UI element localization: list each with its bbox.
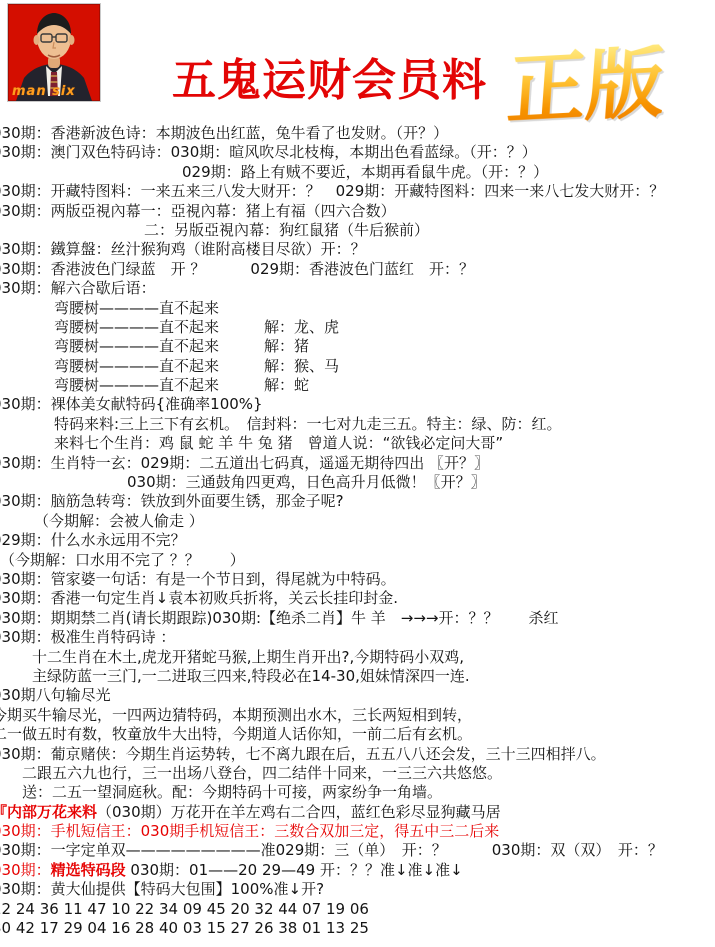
text-segment: 030期：解六合歇后语： — [0, 279, 156, 297]
text-segment: 030期：两版亞視內幕一：亞視內幕：猪上有福（四六合数） — [0, 202, 396, 220]
text-line: 029期：路上有贼不要近，本期再看鼠牛虎。（开：？） — [0, 163, 715, 182]
text-line: 030期：管家婆一句话：有是一个节日到，得尾就为中特码。 — [0, 570, 715, 589]
text-line: 二跟五六九也行，三一出场八登台，四二结伴十同来，一三三六共悠悠。 — [0, 764, 715, 783]
text-segment: （030期）万花开在羊左鸡右二合四，蓝红色彩尽显狗藏马居 — [97, 803, 501, 821]
text-line: 弯腰树————直不起来 解：猴、马 — [0, 357, 715, 376]
text-line: 二：另版亞視內幕：狗红鼠猪（牛后猴前） — [0, 221, 715, 240]
text-line: 十二生肖在木土,虎龙开猪蛇马猴,上期生肖开出?,今期特码小双鸡, — [0, 648, 715, 667]
text-segment: 弯腰树————直不起来 解：猴、马 — [54, 357, 339, 375]
text-segment: 弯腰树————直不起来 解：猪 — [54, 337, 309, 355]
text-segment: 029期：什么水永远用不完？ — [0, 531, 186, 549]
text-line: 030期：期期禁二肖(请长期跟踪)030期:【绝杀二肖】牛 羊 →→→开：？？ … — [0, 609, 715, 628]
text-line: 弯腰树————直不起来 解：蛇 — [0, 376, 715, 395]
text-segment: 030期：极准生肖特码诗 ： — [0, 628, 175, 646]
text-segment: 030期： — [0, 861, 51, 879]
text-line: 030期：手机短信王：030期手机短信王：三数合双加三定，得五中三二后来 — [0, 822, 715, 841]
text-line: 来料七个生肖：鸡 鼠 蛇 羊 牛 兔 猪 曾道人说：“欲钱必定问大哥” — [0, 434, 715, 453]
text-line: 『内部万花来料（030期）万花开在羊左鸡右二合四，蓝红色彩尽显狗藏马居 — [0, 803, 715, 822]
text-segment: 030期：澳门双色特码诗：030期：暄风吹尽北枝梅，本期出色看蓝绿。（开：？） — [0, 143, 537, 161]
text-line: （今期解：会被人偷走 ） — [0, 512, 715, 531]
text-line: 030期：三通鼓角四更鸡，日色高升月低微！〖开？〗 — [0, 473, 715, 492]
text-line: 今期买牛输尽光，一四两边猜特码，本期预测出水木，三长两短相到转， — [0, 706, 715, 725]
text-segment: 030期：管家婆一句话：有是一个节日到，得尾就为中特码。 — [0, 570, 396, 588]
authentic-stamp: 正版 — [505, 44, 667, 130]
text-line: 030期：黄大仙提供【特码大包围】100%准↓开? — [0, 880, 715, 899]
text-line: 030期：葡京赌侠：今期生肖运势转，七不离九跟在后，五五八八还会发，三十三四相拌… — [0, 745, 715, 764]
text-line: 30 42 17 29 04 16 28 40 03 15 27 26 38 0… — [0, 919, 715, 938]
content: 030期：香港新波色诗：本期波色出红蓝，兔牛看了也发财。（开？）030期：澳门双… — [0, 124, 715, 938]
text-line: 030期：两版亞視內幕一：亞視內幕：猪上有福（四六合数） — [0, 202, 715, 221]
text-segment: 030期八句输尽光 — [0, 686, 111, 704]
text-segment: 030期：一字定单双—————————准029期：三（单） 开：？ 030期：双… — [0, 841, 663, 859]
text-line: 030期：裸体美女献特码{准确率100%} — [0, 395, 715, 414]
text-segment: 030期：期期禁二肖(请长期跟踪)030期:【绝杀二肖】牛 羊 →→→开：？？ … — [0, 609, 559, 627]
text-line: 030期：解六合歇后语： — [0, 279, 715, 298]
text-line: 030期：脑筋急转弯：铁放到外面要生锈，那金子呢? — [0, 492, 715, 511]
text-line: 030期：精选特码段 030期：01——20 29—49 开：？？准↓准↓准↓ — [0, 861, 715, 880]
text-segment: 030期：三通鼓角四更鸡，日色高升月低微！〖开？〗 — [127, 473, 486, 491]
text-segment: 12 24 36 11 47 10 22 34 09 45 20 32 44 0… — [0, 900, 369, 918]
text-line: 二一做五时有数，牧童放牛大出特，今期道人话你知，一前二后有玄机。 — [0, 725, 715, 744]
text-segment: 主绿防蓝一三门,一二进取三四来,特段必在14-30,姐妹情深四一连. — [32, 667, 470, 685]
text-line: 030期：生肖特一玄：029期：二五道出七码真，遥遥无期待四出 〖开？〗 — [0, 454, 715, 473]
text-segment: 二：另版亞視內幕：狗红鼠猪（牛后猴前） — [144, 221, 429, 239]
text-segment: 『内部万花来料 — [0, 803, 97, 821]
text-line: 030期：一字定单双—————————准029期：三（单） 开：？ 030期：双… — [0, 841, 715, 860]
text-segment: 弯腰树————直不起来 解：蛇 — [54, 376, 309, 394]
text-line: 12 24 36 11 47 10 22 34 09 45 20 32 44 0… — [0, 900, 715, 919]
text-segment: 今期买牛输尽光，一四两边猜特码，本期预测出水木，三长两短相到转， — [0, 706, 472, 724]
text-segment: 030期：脑筋急转弯：铁放到外面要生锈，那金子呢? — [0, 492, 344, 510]
text-segment: 030期：香港波色门绿蓝 开 ？ 029期：香港波色门蓝红 开：？ — [0, 260, 474, 278]
text-segment: （今期解：口水用不完了 ？？ ） — [0, 551, 245, 569]
text-segment: 029期：路上有贼不要近，本期再看鼠牛虎。（开：？） — [182, 163, 548, 181]
text-segment: （今期解：会被人偷走 ） — [34, 512, 204, 530]
text-line: 030期：香港波色门绿蓝 开 ？ 029期：香港波色门蓝红 开：？ — [0, 260, 715, 279]
tip-sheet-page: man six 五鬼运财会员料 正版 030期：香港新波色诗：本期波色出红蓝，兔… — [0, 0, 715, 947]
page-title: 五鬼运财会员料 — [172, 44, 532, 108]
text-segment: 030期：01——20 29—49 开：？？准↓准↓准↓ — [126, 861, 463, 879]
text-segment: 二一做五时有数，牧童放牛大出特，今期道人话你知，一前二后有玄机。 — [0, 725, 472, 743]
text-line: 弯腰树————直不起来 解：猪 — [0, 337, 715, 356]
text-segment: 030期：香港新波色诗：本期波色出红蓝，兔牛看了也发财。（开？） — [0, 124, 448, 142]
text-segment: 来料七个生肖：鸡 鼠 蛇 羊 牛 兔 猪 曾道人说：“欲钱必定问大哥” — [54, 434, 503, 452]
text-segment: 精选特码段 — [51, 861, 126, 879]
text-segment: 030期：裸体美女献特码{准确率100%} — [0, 395, 263, 413]
text-line: 主绿防蓝一三门,一二进取三四来,特段必在14-30,姐妹情深四一连. — [0, 667, 715, 686]
text-line: 弯腰树————直不起来 — [0, 299, 715, 318]
text-segment: 030期：手机短信王：030期手机短信王：三数合双加三定，得五中三二后来 — [0, 822, 499, 840]
text-line: 030期：极准生肖特码诗 ： — [0, 628, 715, 647]
text-line: 030期：开藏特图料：一来五来三八发大财开：？ 029期：开藏特图料：四来一来八… — [0, 182, 715, 201]
text-line: 特码来料:三上三下有玄机。 信封料：一七对九走三五。特主：绿、防：红。 — [0, 415, 715, 434]
text-segment: 弯腰树————直不起来 — [54, 299, 219, 317]
text-segment: 特码来料:三上三下有玄机。 信封料：一七对九走三五。特主：绿、防：红。 — [54, 415, 562, 433]
text-segment: 送：二五一望洞庭秋。配：今期特码十可接，两家纷争一角墙。 — [22, 783, 442, 801]
text-line: 029期：什么水永远用不完？ — [0, 531, 715, 550]
text-line: 030期：香港新波色诗：本期波色出红蓝，兔牛看了也发财。（开？） — [0, 124, 715, 143]
text-segment: 030期：香港一句定生肖↓袁本初败兵折将，关云长挂印封金. — [0, 589, 398, 607]
text-segment: 030期：黄大仙提供【特码大包围】100%准↓开? — [0, 880, 324, 898]
text-segment: 十二生肖在木土,虎龙开猪蛇马猴,上期生肖开出?,今期特码小双鸡, — [32, 648, 464, 666]
text-segment: 030期：鐵算盤：丝汁猴狗鸡（谁附高楼目尽欲）开：？ — [0, 240, 366, 258]
text-line: （今期解：口水用不完了 ？？ ） — [0, 551, 715, 570]
text-line: 送：二五一望洞庭秋。配：今期特码十可接，两家纷争一角墙。 — [0, 783, 715, 802]
text-segment: 二跟五六九也行，三一出场八登台，四二结伴十同来，一三三六共悠悠。 — [22, 764, 502, 782]
text-line: 030期：鐵算盤：丝汁猴狗鸡（谁附高楼目尽欲）开：？ — [0, 240, 715, 259]
text-segment: 30 42 17 29 04 16 28 40 03 15 27 26 38 0… — [0, 919, 369, 937]
text-segment: 030期：葡京赌侠：今期生肖运势转，七不离九跟在后，五五八八还会发，三十三四相拌… — [0, 745, 606, 763]
text-segment: 弯腰树————直不起来 解：龙、虎 — [54, 318, 339, 336]
text-line: 030期：澳门双色特码诗：030期：暄风吹尽北枝梅，本期出色看蓝绿。（开：？） — [0, 143, 715, 162]
text-line: 030期：香港一句定生肖↓袁本初败兵折将，关云长挂印封金. — [0, 589, 715, 608]
photo-watermark: man six — [12, 84, 76, 99]
portrait-photo: man six — [8, 4, 100, 101]
text-line: 030期八句输尽光 — [0, 686, 715, 705]
text-line: 弯腰树————直不起来 解：龙、虎 — [0, 318, 715, 337]
text-segment: 030期：生肖特一玄：029期：二五道出七码真，遥遥无期待四出 〖开？〗 — [0, 454, 489, 472]
text-segment: 030期：开藏特图料：一来五来三八发大财开：？ 029期：开藏特图料：四来一来八… — [0, 182, 664, 200]
